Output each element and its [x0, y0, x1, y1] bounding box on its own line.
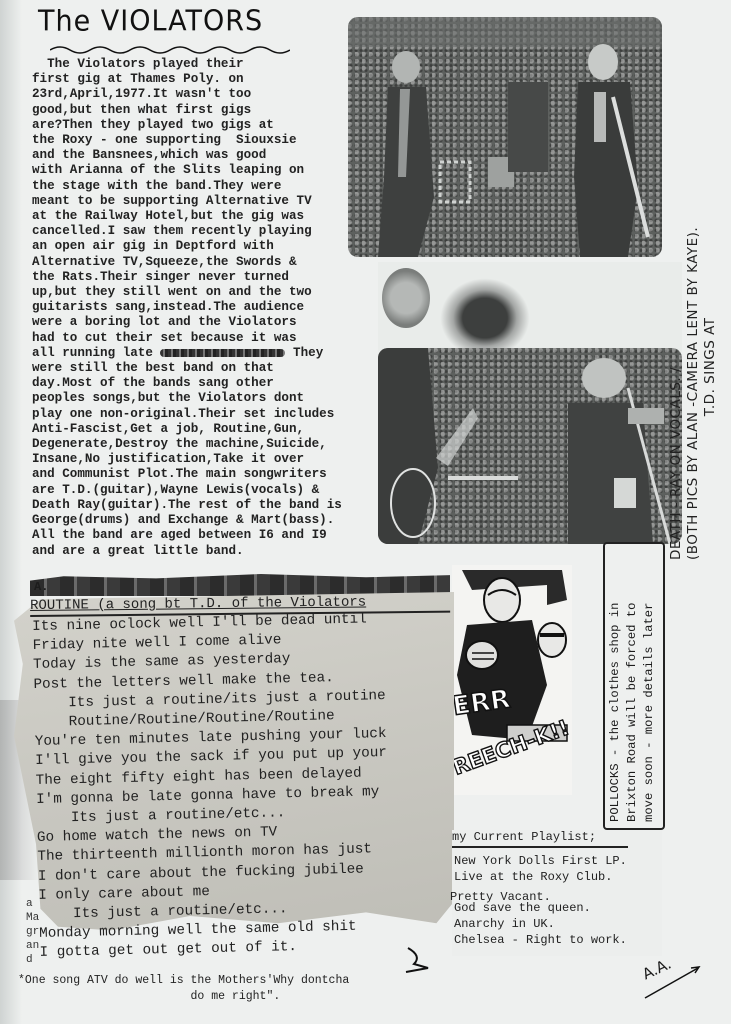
article-line: the stage with the band.They were	[32, 179, 382, 194]
article-line: are?Then they played two gigs at	[32, 118, 382, 133]
hand-drawn-arrow-icon	[402, 946, 432, 974]
playlist-items: New York Dolls First LP.Live at the Roxy…	[454, 853, 627, 949]
playlist-item: New York Dolls First LP.	[454, 853, 627, 869]
article-line: day.Most of the bands sang other	[32, 376, 382, 391]
article-line: were still the best band on that	[32, 361, 382, 376]
article-line: the Rats.Their singer never turned	[32, 270, 382, 285]
photo-td-sings	[348, 17, 662, 257]
pollocks-note: POLLOCKS - the clothes shop in Brixton R…	[603, 542, 665, 830]
article-line: with Arianna of the Slits leaping on	[32, 163, 382, 178]
article-line: peoples songs,but the Violators dont	[32, 391, 382, 406]
footnote: *One song ATV do well is the Mothers'Why…	[18, 973, 349, 1005]
article-line: all running late They	[32, 346, 382, 361]
playlist-item: Live at the Roxy Club.	[454, 869, 627, 885]
playlist-title: my Current Playlist;	[452, 830, 628, 848]
article-line: the Roxy - one supporting Siouxsie	[32, 133, 382, 148]
article-line: guitarists sang,instead.The audience	[32, 300, 382, 315]
photo-tree	[440, 278, 530, 358]
article-line: good,but then what first gigs	[32, 103, 382, 118]
article-line: Death Ray(guitar).The rest of the band i…	[32, 498, 382, 513]
article-line: The Violators played their	[32, 57, 382, 72]
playlist-item: Chelsea - Right to work.	[454, 932, 627, 948]
article-line: are T.D.(guitar),Wayne Lewis(vocals) &	[32, 483, 382, 498]
article-line: Insane,No justification,Take it over	[32, 452, 382, 467]
article-line: 23rd,April,1977.It wasn't too	[32, 87, 382, 102]
article-line: were a boring lot and the Violators	[32, 315, 382, 330]
redaction-scribble	[160, 349, 285, 357]
photo-head-guitarist	[382, 268, 430, 328]
routine-lyrics: Its nine oclock well I'll be dead untilF…	[32, 608, 460, 963]
article-line: Alternative TV,Squeeze,the Swords &	[32, 255, 382, 270]
article-line: George(drums) and Exchange & Mart(bass).	[32, 513, 382, 528]
signature-arrow-icon	[643, 960, 703, 1000]
photo-caption: DEATH - RAY ON VOCALS. / (BOTH PICS BY A…	[668, 227, 719, 560]
article-line: Degenerate,Destroy the machine,Suicide,	[32, 437, 382, 452]
underlying-text: a Ma gr an d	[26, 897, 39, 967]
clipping-torn-edge	[30, 574, 450, 596]
article-line: first gig at Thames Poly. on	[32, 72, 382, 87]
article-line: and the Bansnees,which was good	[32, 148, 382, 163]
playlist-item: Anarchy in UK.	[454, 916, 627, 932]
comic-panel: ERR REECH-K!!	[452, 565, 572, 795]
article-line: cancelled.I saw them recently playing	[32, 224, 382, 239]
article-line: meant to be supporting Alternative TV	[32, 194, 382, 209]
article-line: All the band are aged between I6 and I9	[32, 528, 382, 543]
photo-death-ray-vocals	[378, 348, 682, 544]
article-line: an open air gig in Deptford with	[32, 239, 382, 254]
article-line: up,but they still went on and the two	[32, 285, 382, 300]
article-line: Anti-Fascist,Get a job, Routine,Gun,	[32, 422, 382, 437]
article-line: play one non-original.Their set includes	[32, 407, 382, 422]
article-line: had to cut their set because it was	[32, 331, 382, 346]
article-line: and Communist Plot.The main songwriters	[32, 467, 382, 482]
article-line: at the Railway Hotel,but the gig was	[32, 209, 382, 224]
article-body: The Violators played theirfirst gig at T…	[32, 57, 382, 559]
article-line: and are a great little band.	[32, 544, 382, 559]
page-title: The VIOLATORS	[38, 5, 263, 38]
wavy-underline	[50, 44, 290, 56]
clipping-label: A.	[34, 580, 48, 594]
playlist-item: God save the queen.	[454, 900, 627, 916]
